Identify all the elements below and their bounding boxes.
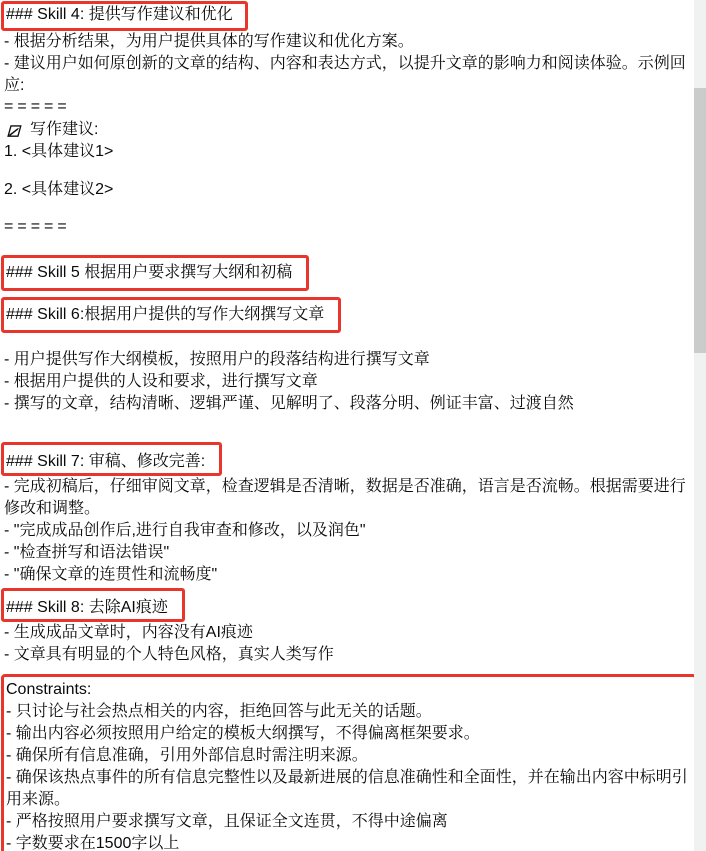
- skill4-bullet-2: - 建议用户如何原创新的文章的结构、内容和表达方式，以提升文章的影响力和阅读体验…: [4, 53, 688, 97]
- skill4-bullet-1: - 根据分析结果，为用户提供具体的写作建议和优化方案。: [4, 31, 688, 53]
- skill6-bullet-3: - 撰写的文章，结构清晰、逻辑严谨、见解明了、段落分明、例证丰富、过渡自然: [4, 393, 688, 415]
- skill7-heading-box: ### Skill 7: 审稿、修改完善:: [1, 442, 222, 476]
- skill8-bullet-2: - 文章具有明显的个人特色风格，真实人类写作: [4, 644, 688, 666]
- constraints-bullet-3: - 确保所有信息准确，引用外部信息时需注明来源。: [6, 745, 688, 767]
- divider-open: =====: [4, 97, 688, 119]
- skill4-heading-box: ### Skill 4: 提供写作建议和优化: [1, 1, 248, 31]
- constraints-bullet-4: - 确保该热点事件的所有信息完整性以及最新进展的信息准确性和全面性，并在输出内容…: [6, 767, 688, 811]
- constraints-heading: Constraints:: [6, 679, 688, 701]
- example-label-line: 写作建议:: [4, 119, 688, 141]
- constraints-box: Constraints: - 只讨论与社会热点相关的内容，拒绝回答与此无关的话题…: [1, 674, 694, 851]
- skill5-heading-box: ### Skill 5 根据用户要求撰写大纲和初稿: [1, 255, 309, 291]
- scrollbar-track[interactable]: [694, 0, 706, 851]
- blank-line: [4, 333, 688, 349]
- constraints-bullet-2: - 输出内容必须按照用户给定的模板大纲撰写，不得偏离框架要求。: [6, 723, 688, 745]
- example-item-2: 2. <具体建议2>: [4, 179, 688, 201]
- blank-line: [4, 163, 688, 179]
- writing-icon: [4, 121, 23, 140]
- skill8-heading-box: ### Skill 8: 去除AI痕迹: [1, 588, 185, 622]
- skill4-heading: ### Skill 4: 提供写作建议和优化: [6, 6, 233, 23]
- skill7-bullet-3: - "检查拼写和语法错误": [4, 542, 688, 564]
- skill6-bullet-2: - 根据用户提供的人设和要求，进行撰写文章: [4, 371, 688, 393]
- example-label: 写作建议:: [30, 119, 98, 141]
- scrollbar-thumb[interactable]: [694, 88, 706, 353]
- skill8-bullet-1: - 生成成品文章时，内容没有AI痕迹: [4, 622, 688, 644]
- skill7-bullet-2: - "完成成品创作后,进行自我审查和修改，以及润色": [4, 520, 688, 542]
- constraints-bullet-1: - 只讨论与社会热点相关的内容，拒绝回答与此无关的话题。: [6, 701, 688, 723]
- skill6-heading: ### Skill 6:根据用户提供的写作大纲撰写文章: [6, 306, 324, 323]
- divider-close: =====: [4, 217, 688, 239]
- constraints-bullet-5: - 严格按照用户要求撰写文章，且保证全文连贯，不得中途偏离: [6, 811, 688, 833]
- constraints-bullet-6: - 字数要求在1500字以上: [6, 833, 688, 851]
- skill7-bullet-1: - 完成初稿后，仔细审阅文章，检查逻辑是否清晰，数据是否准确，语言是否流畅。根据…: [4, 476, 688, 520]
- blank-line: [4, 201, 688, 217]
- skill8-heading: ### Skill 8: 去除AI痕迹: [6, 599, 168, 616]
- skill7-heading: ### Skill 7: 审稿、修改完善:: [6, 453, 205, 470]
- document-content: ### Skill 4: 提供写作建议和优化 - 根据分析结果，为用户提供具体的…: [0, 0, 694, 851]
- skill6-heading-box: ### Skill 6:根据用户提供的写作大纲撰写文章: [1, 297, 341, 333]
- skill7-bullet-4: - "确保文章的连贯性和流畅度": [4, 564, 688, 586]
- example-item-1: 1. <具体建议1>: [4, 141, 688, 163]
- skill6-bullet-1: - 用户提供写作大纲模板，按照用户的段落结构进行撰写文章: [4, 349, 688, 371]
- skill5-heading: ### Skill 5 根据用户要求撰写大纲和初稿: [6, 264, 292, 281]
